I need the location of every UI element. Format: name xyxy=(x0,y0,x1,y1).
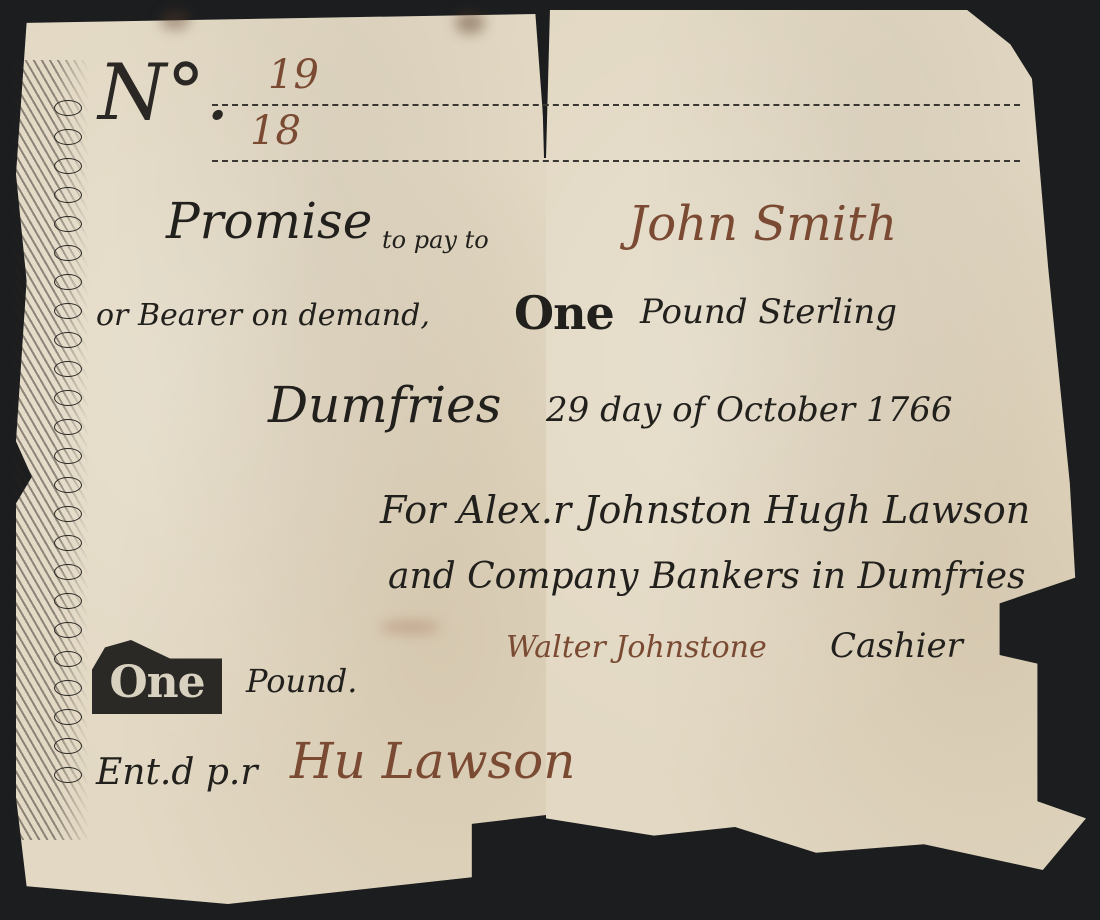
number-label: N°. xyxy=(98,48,230,138)
issue-date: 29 day of October 1766 xyxy=(546,390,953,430)
denomination-word: One xyxy=(109,657,204,708)
banknote: N°. 19 18 Promise to pay to John Smith o… xyxy=(0,0,1100,920)
serial-number-bottom: 18 xyxy=(250,108,301,154)
payee-name: John Smith xyxy=(628,196,897,252)
to-pay-text: to pay to xyxy=(382,226,489,254)
dotted-line-bottom xyxy=(212,160,1020,162)
denomination-unit: Pound. xyxy=(246,662,357,700)
cashier-signature: Walter Johnstone xyxy=(506,630,767,665)
amount-word: One xyxy=(514,286,614,340)
bearer-text: or Bearer on demand, xyxy=(96,298,430,333)
place-name: Dumfries xyxy=(268,376,501,434)
dotted-line-top xyxy=(212,104,1020,106)
stain xyxy=(455,12,485,34)
paper-right-fragment xyxy=(546,10,1086,870)
scroll-loops-ornament xyxy=(54,100,84,780)
stain xyxy=(160,10,190,30)
cashier-title: Cashier xyxy=(830,626,963,666)
bankers-names: For Alex.r Johnston Hugh Lawson xyxy=(380,488,1030,532)
endorser-signature: Hu Lawson xyxy=(290,732,575,790)
stain xyxy=(380,620,440,634)
entry-label: Ent.d p.r xyxy=(96,752,258,793)
currency-text: Pound Sterling xyxy=(640,292,897,332)
serial-number-top: 19 xyxy=(268,52,319,98)
company-line: and Company Bankers in Dumfries xyxy=(388,556,1025,597)
promise-heading: Promise xyxy=(166,192,372,250)
